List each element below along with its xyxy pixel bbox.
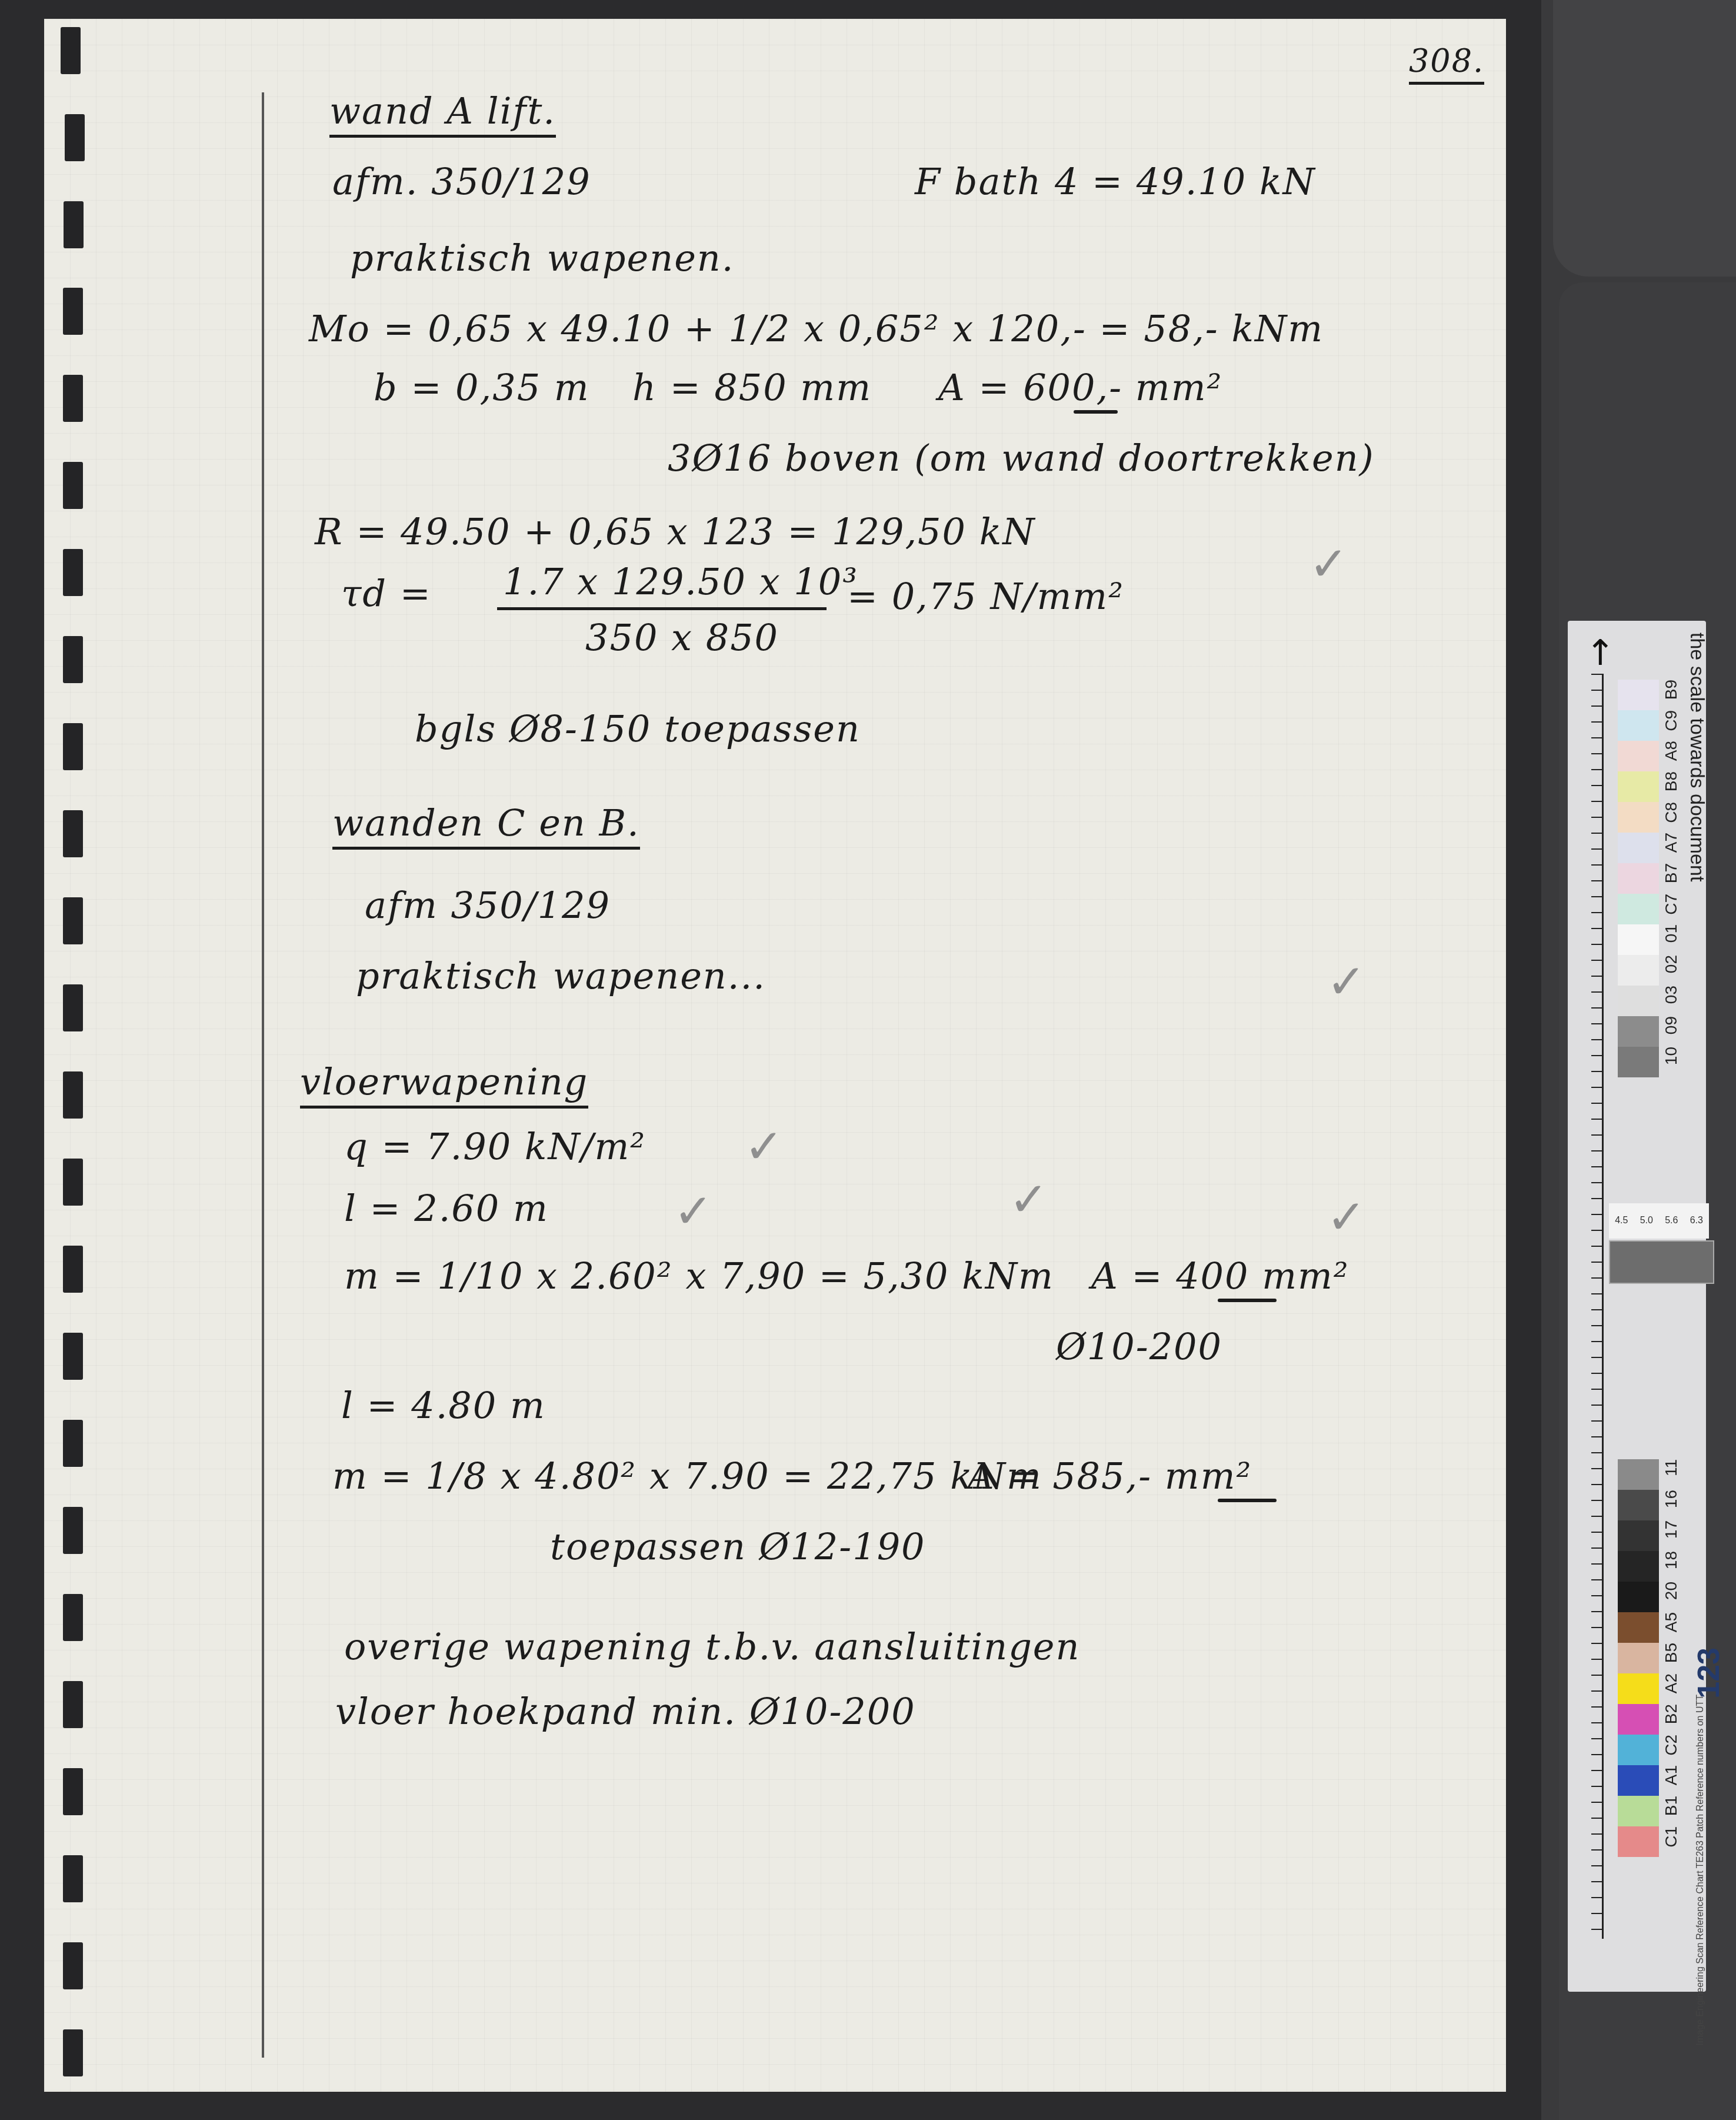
patch-label: C7 xyxy=(1662,894,1685,915)
patch-label: 11 xyxy=(1662,1459,1685,1476)
patch-17 xyxy=(1618,1520,1659,1551)
patch-label: 01 xyxy=(1662,924,1685,943)
serial-number: 123 xyxy=(1691,1648,1727,1699)
resolution-label: 4.5 xyxy=(1615,1216,1628,1226)
stirrups-line: bgls Ø8-150 toepassen xyxy=(415,707,861,750)
formula-h: h = 850 mm xyxy=(632,366,872,409)
folder-tab xyxy=(1553,0,1736,277)
force-line: F bath 4 = 49.10 kN xyxy=(915,160,1316,203)
text-line: overige wapening t.b.v. aansluitingen xyxy=(344,1625,1080,1668)
dimensions-line: afm. 350/129 xyxy=(332,160,591,203)
formula-moment-2: m = 1/8 x 4.80² x 7.90 = 22,75 kNm xyxy=(332,1455,1042,1497)
formula-reaction: R = 49.50 + 0,65 x 123 = 129,50 kN xyxy=(315,510,1036,553)
binding-hole xyxy=(63,1768,83,1815)
patch-label: A7 xyxy=(1662,833,1685,853)
underline xyxy=(1218,1299,1277,1302)
binding-hole xyxy=(63,1594,83,1641)
patch-c9 xyxy=(1618,710,1659,741)
text-line: vloer hoekpand min. Ø10-200 xyxy=(335,1690,916,1733)
formula-span: l = 2.60 m xyxy=(344,1187,549,1230)
binding-hole xyxy=(63,1159,83,1206)
binding-hole xyxy=(63,1071,83,1119)
formula-moment-1: m = 1/10 x 2.60² x 7,90 = 5,30 kNm xyxy=(344,1254,1054,1297)
patch-label: B7 xyxy=(1662,863,1685,883)
underline xyxy=(1218,1499,1277,1502)
binding-hole xyxy=(65,114,85,161)
patch-label: B2 xyxy=(1662,1704,1685,1724)
patch-a8 xyxy=(1618,741,1659,771)
binding-hole xyxy=(63,723,83,770)
gray-reference-card xyxy=(1609,1240,1714,1284)
check-mark: ✓ xyxy=(674,1184,713,1239)
binding-hole xyxy=(63,810,83,857)
binding-hole xyxy=(63,288,83,335)
patch-b8 xyxy=(1618,771,1659,802)
binding-hole xyxy=(63,1507,83,1554)
binding-hole xyxy=(63,1246,83,1293)
patch-11 xyxy=(1618,1459,1659,1490)
formula-moment: Mo = 0,65 x 49.10 + 1/2 x 0,65² x 120,- … xyxy=(309,307,1324,350)
check-mark: ✓ xyxy=(1009,1172,1048,1227)
binding-hole xyxy=(63,636,83,683)
section-heading-wand-a: wand A lift. xyxy=(329,89,556,138)
color-reference-chart: ↑ the scale towards document B9 C9 A8 B8… xyxy=(1568,621,1706,1992)
binding-hole xyxy=(64,201,84,248)
patch-label: 09 xyxy=(1662,1016,1685,1034)
patch-20 xyxy=(1618,1582,1659,1612)
arrow-up-icon: ↑ xyxy=(1585,633,1615,674)
patch-b5 xyxy=(1618,1643,1659,1673)
patch-03 xyxy=(1618,986,1659,1016)
patch-label: 02 xyxy=(1662,955,1685,973)
binding-hole xyxy=(63,1333,83,1380)
patch-label: B8 xyxy=(1662,771,1685,791)
binding-hole xyxy=(63,1420,83,1467)
patch-label: 10 xyxy=(1662,1047,1685,1065)
binding-hole xyxy=(63,1681,83,1728)
binding-hole xyxy=(63,984,83,1031)
formula-tau-result: = 0,75 N/mm² xyxy=(847,575,1124,618)
binding-hole xyxy=(63,375,83,422)
reinforcement-top: 3Ø16 boven (om wand doortrekken) xyxy=(668,437,1375,480)
patch-label: A5 xyxy=(1662,1612,1685,1632)
patch-18 xyxy=(1618,1551,1659,1582)
binding-hole xyxy=(61,27,81,74)
patch-10 xyxy=(1618,1047,1659,1077)
patch-label: A1 xyxy=(1662,1765,1685,1785)
check-mark: ✓ xyxy=(1327,1190,1366,1244)
patch-label: C2 xyxy=(1662,1735,1685,1756)
formula-area-2: A = 585,- mm² xyxy=(968,1455,1252,1497)
patch-c1 xyxy=(1618,1826,1659,1857)
dimensions-line: afm 350/129 xyxy=(365,884,611,927)
binding-hole xyxy=(63,2029,83,2076)
page-number: 308. xyxy=(1409,42,1484,85)
formula-load: q = 7.90 kN/m² xyxy=(344,1125,646,1168)
margin-line xyxy=(262,92,264,2058)
chart-footer: Image Engineering Scan Reference Chart T… xyxy=(1695,1695,1706,2045)
patch-label: 20 xyxy=(1662,1582,1685,1600)
patch-a1 xyxy=(1618,1765,1659,1796)
reinforcement-1: Ø10-200 xyxy=(1056,1325,1222,1368)
patch-b7 xyxy=(1618,863,1659,894)
binding-hole xyxy=(63,1942,83,1989)
patch-label: 03 xyxy=(1662,986,1685,1004)
formula-tau-numerator: 1.7 x 129.50 x 10³ xyxy=(503,560,858,603)
patch-09 xyxy=(1618,1016,1659,1047)
binding-hole xyxy=(63,897,83,944)
resolution-target: 4.5 5.0 5.6 6.3 xyxy=(1609,1203,1709,1239)
patch-a5 xyxy=(1618,1612,1659,1643)
ruler xyxy=(1591,674,1604,1939)
patch-label: 18 xyxy=(1662,1551,1685,1569)
binding-hole xyxy=(63,549,83,596)
patch-c7 xyxy=(1618,894,1659,924)
patch-c8 xyxy=(1618,802,1659,833)
patch-label: 16 xyxy=(1662,1490,1685,1508)
patch-label: B9 xyxy=(1662,680,1685,700)
patch-label: A2 xyxy=(1662,1673,1685,1693)
patch-label: 17 xyxy=(1662,1520,1685,1539)
binding-hole xyxy=(63,462,83,509)
formula-span-2: l = 4.80 m xyxy=(341,1384,546,1427)
patch-b1 xyxy=(1618,1796,1659,1826)
reinforcement-2: toepassen Ø12-190 xyxy=(550,1525,926,1568)
underline xyxy=(1074,410,1118,414)
formula-b: b = 0,35 m xyxy=(374,366,590,409)
check-mark: ✓ xyxy=(1309,537,1348,591)
formula-tau-denominator: 350 x 850 xyxy=(585,616,779,659)
section-heading-vloerwapening: vloerwapening xyxy=(300,1060,588,1109)
formula-tau-label: τd = xyxy=(341,572,432,615)
patch-label: B5 xyxy=(1662,1643,1685,1663)
patch-label: C1 xyxy=(1662,1826,1685,1848)
text-line: praktisch wapenen. xyxy=(350,237,734,279)
formula-area-1: A = 400 mm² xyxy=(1091,1254,1350,1297)
patch-16 xyxy=(1618,1490,1659,1520)
document-page: 308. wand A lift. afm. 350/129 F bath 4 … xyxy=(44,19,1506,2092)
patch-label: A8 xyxy=(1662,741,1685,761)
patch-02 xyxy=(1618,955,1659,986)
check-mark: ✓ xyxy=(744,1119,784,1174)
resolution-label: 5.6 xyxy=(1665,1216,1678,1226)
patch-label: C9 xyxy=(1662,710,1685,731)
section-heading-wanden-cb: wanden C en B. xyxy=(332,801,640,850)
patch-a7 xyxy=(1618,833,1659,863)
chart-legend: the scale towards document xyxy=(1685,633,1708,881)
check-mark: ✓ xyxy=(1327,954,1366,1009)
patch-label: B1 xyxy=(1662,1796,1685,1816)
patch-label: C8 xyxy=(1662,802,1685,823)
patch-b9 xyxy=(1618,680,1659,710)
formula-area: A = 600,- mm² xyxy=(938,366,1222,409)
patch-a2 xyxy=(1618,1673,1659,1704)
patch-b2 xyxy=(1618,1704,1659,1735)
patch-c2 xyxy=(1618,1735,1659,1765)
fraction-line xyxy=(497,607,827,610)
binding-hole xyxy=(63,1855,83,1902)
resolution-label: 6.3 xyxy=(1690,1216,1703,1226)
patch-01 xyxy=(1618,924,1659,955)
resolution-label: 5.0 xyxy=(1640,1216,1653,1226)
text-line: praktisch wapenen... xyxy=(356,954,766,997)
